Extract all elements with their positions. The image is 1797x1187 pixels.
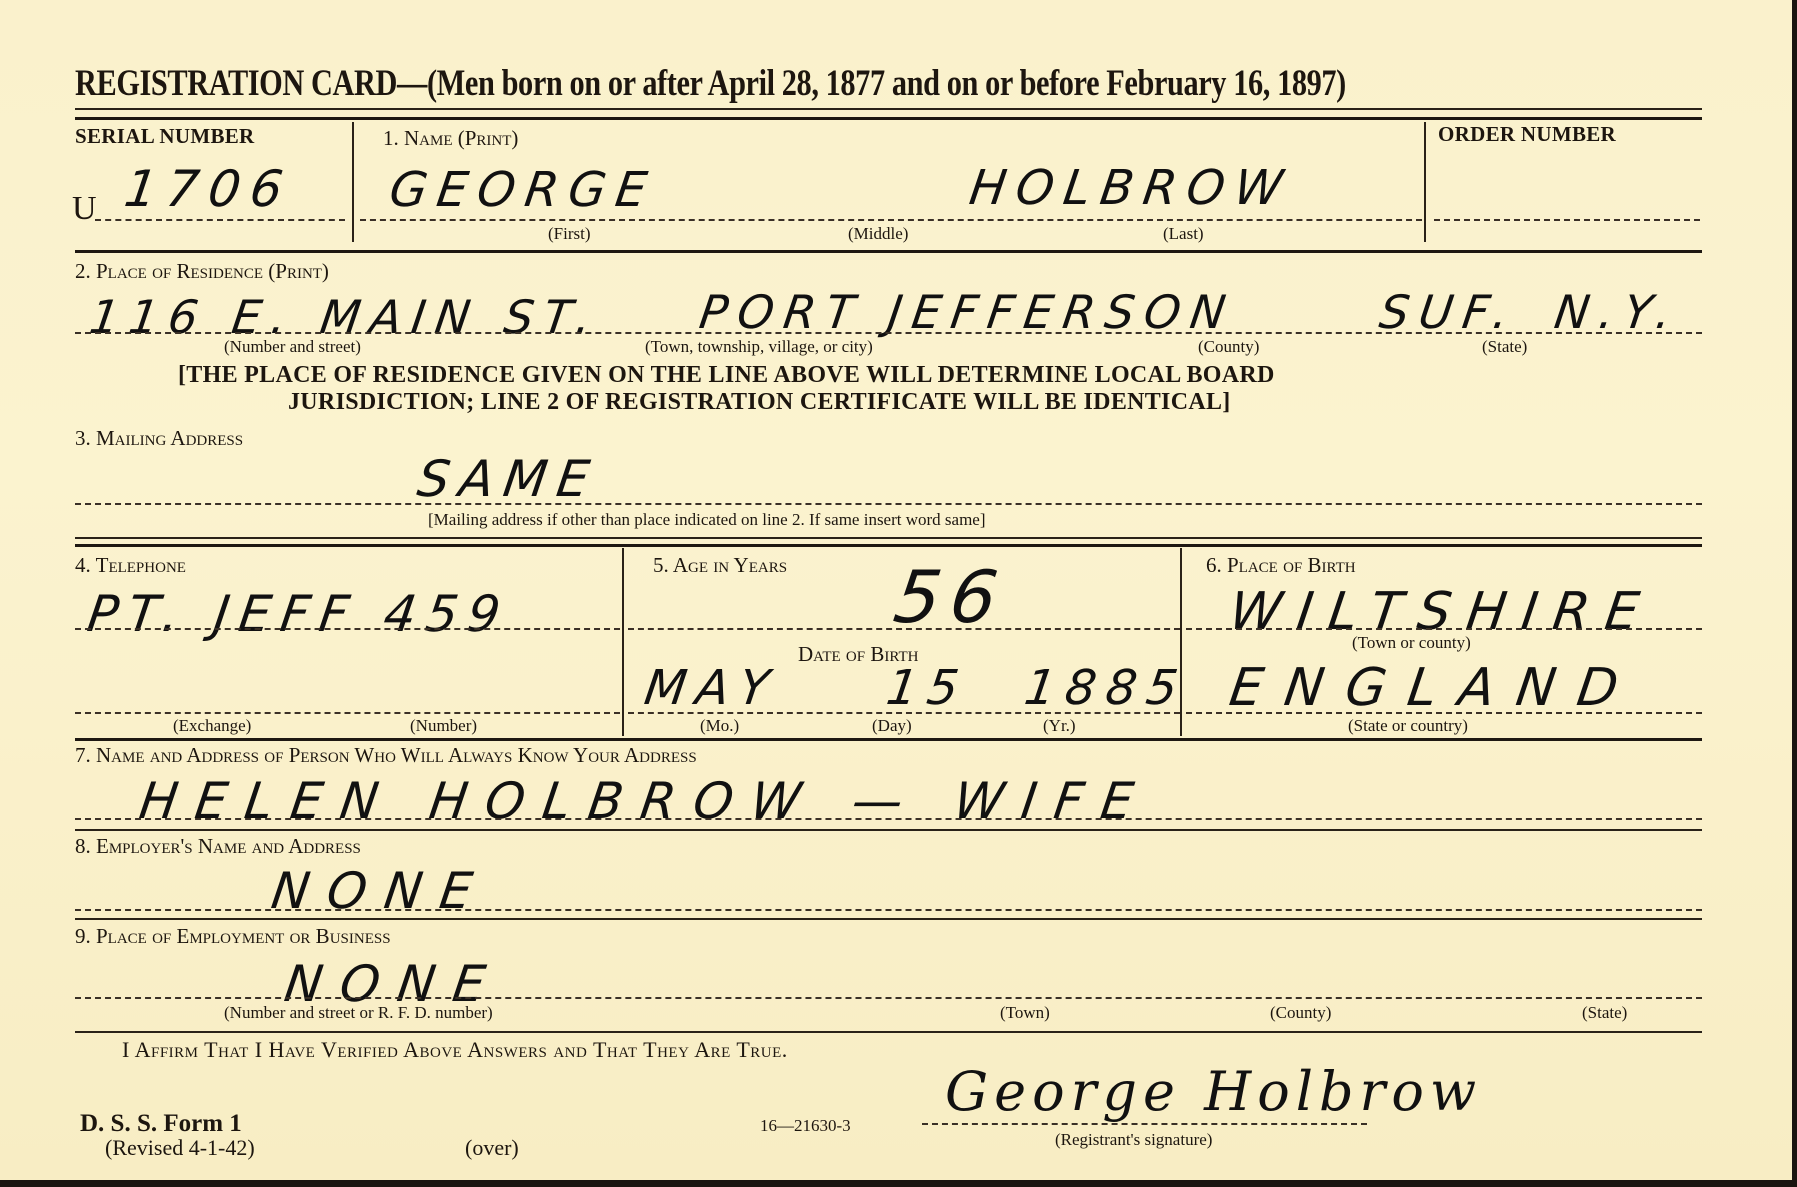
employment-street-caption: (Number and street or R. F. D. number) xyxy=(224,1003,493,1023)
birthplace-country-line xyxy=(1186,712,1702,714)
title-rule-bottom xyxy=(75,117,1702,120)
print-code: 16—21630-3 xyxy=(760,1116,851,1136)
section-rule xyxy=(75,250,1702,253)
telephone-label: 4. Telephone xyxy=(75,553,186,578)
name-label: 1. Name (Print) xyxy=(383,126,518,151)
dob-day-caption: (Day) xyxy=(872,716,912,736)
residence-note-line2: JURISDICTION; LINE 2 OF REGISTRATION CER… xyxy=(288,389,1231,416)
order-number-label: ORDER NUMBER xyxy=(1438,122,1616,147)
residence-county-caption: (County) xyxy=(1198,337,1259,357)
section-rule xyxy=(75,918,1702,920)
name-last-caption: (Last) xyxy=(1163,224,1204,244)
residence-town-value[interactable]: PORT JEFFERSON xyxy=(696,285,1239,339)
age-label: 5. Age in Years xyxy=(653,553,787,578)
name-middle-caption: (Middle) xyxy=(848,224,908,244)
residence-label: 2. Place of Residence (Print) xyxy=(75,259,329,284)
dob-month-value[interactable]: MAY xyxy=(641,660,782,716)
name-first-caption: (First) xyxy=(548,224,591,244)
telephone-number-caption: (Number) xyxy=(410,716,477,736)
employer-label: 8. Employer's Name and Address xyxy=(75,834,361,859)
serial-prefix: U xyxy=(72,190,97,228)
birthplace-label: 6. Place of Birth xyxy=(1206,553,1356,578)
employer-line xyxy=(75,909,1702,911)
birthplace-town-caption: (Town or county) xyxy=(1352,633,1471,653)
signature-line xyxy=(922,1123,1367,1125)
birthplace-country-caption: (State or country) xyxy=(1348,716,1468,736)
age-line xyxy=(628,628,1180,630)
signature-caption: (Registrant's signature) xyxy=(1055,1130,1212,1150)
form-over: (over) xyxy=(465,1135,519,1161)
divider xyxy=(1180,548,1182,736)
birthplace-country-value[interactable]: ENGLAND xyxy=(1226,658,1644,718)
mailing-caption: [Mailing address if other than place ind… xyxy=(428,510,986,530)
dob-line xyxy=(628,712,1180,714)
employment-county-caption: (County) xyxy=(1270,1003,1331,1023)
residence-town-caption: (Town, township, village, or city) xyxy=(645,337,873,357)
divider xyxy=(1424,122,1426,242)
telephone-line xyxy=(75,628,620,630)
section-rule xyxy=(75,537,1702,539)
telephone-line-2 xyxy=(75,712,620,714)
dob-year-value[interactable]: 1885 xyxy=(1021,660,1191,716)
section-rule xyxy=(75,544,1702,547)
residence-street-value[interactable]: 116 E. MAIN ST. xyxy=(86,290,605,344)
mailing-label: 3. Mailing Address xyxy=(75,426,243,451)
mailing-line xyxy=(75,503,1702,505)
name-line xyxy=(360,219,1422,221)
form-revised: (Revised 4-1-42) xyxy=(105,1135,255,1161)
dob-day-value[interactable]: 15 xyxy=(883,660,972,716)
name-last-value[interactable]: HOLBROW xyxy=(966,160,1296,216)
residence-line xyxy=(75,332,1702,334)
employment-line xyxy=(75,997,1702,999)
dob-year-caption: (Yr.) xyxy=(1043,716,1076,736)
telephone-exchange-caption: (Exchange) xyxy=(173,716,251,736)
residence-county-value[interactable]: SUF. xyxy=(1376,285,1522,339)
form-name: D. S. S. Form 1 xyxy=(80,1110,242,1138)
section-rule xyxy=(75,829,1702,831)
registration-card: REGISTRATION CARD—(Men born on or after … xyxy=(0,0,1797,1187)
divider xyxy=(352,122,354,242)
contact-label: 7. Name and Address of Person Who Will A… xyxy=(75,743,697,768)
age-value[interactable]: 56 xyxy=(889,555,1012,639)
residence-street-caption: (Number and street) xyxy=(224,337,361,357)
registrant-signature[interactable]: George Holbrow xyxy=(945,1060,1482,1123)
employer-value[interactable]: NONE xyxy=(268,862,494,920)
contact-line xyxy=(75,818,1702,820)
serial-number-value[interactable]: 1706 xyxy=(121,160,296,218)
telephone-value[interactable]: PT. JEFF 459 xyxy=(84,585,514,643)
birthplace-town-line xyxy=(1186,628,1702,630)
section-rule xyxy=(75,738,1702,741)
residence-state-value[interactable]: N.Y. xyxy=(1551,285,1684,339)
serial-line xyxy=(95,219,345,221)
name-first-value[interactable]: GEORGE xyxy=(386,162,660,218)
serial-number-label: SERIAL NUMBER xyxy=(75,124,255,149)
employment-state-caption: (State) xyxy=(1582,1003,1627,1023)
section-rule xyxy=(75,1031,1702,1033)
employment-town-caption: (Town) xyxy=(1000,1003,1050,1023)
dob-month-caption: (Mo.) xyxy=(700,716,739,736)
contact-value[interactable]: HELEN HOLBROW — WIFE xyxy=(136,772,1155,830)
residence-note-line1: [THE PLACE OF RESIDENCE GIVEN ON THE LIN… xyxy=(178,362,1275,389)
affirmation-text: I Affirm That I Have Verified Above Answ… xyxy=(122,1037,788,1063)
divider xyxy=(622,548,624,736)
employment-label: 9. Place of Employment or Business xyxy=(75,924,391,949)
card-title: REGISTRATION CARD—(Men born on or after … xyxy=(75,62,1346,105)
title-rule-top xyxy=(75,108,1702,110)
residence-state-caption: (State) xyxy=(1482,337,1527,357)
mailing-value[interactable]: SAME xyxy=(414,450,603,508)
order-number-line xyxy=(1434,219,1700,221)
